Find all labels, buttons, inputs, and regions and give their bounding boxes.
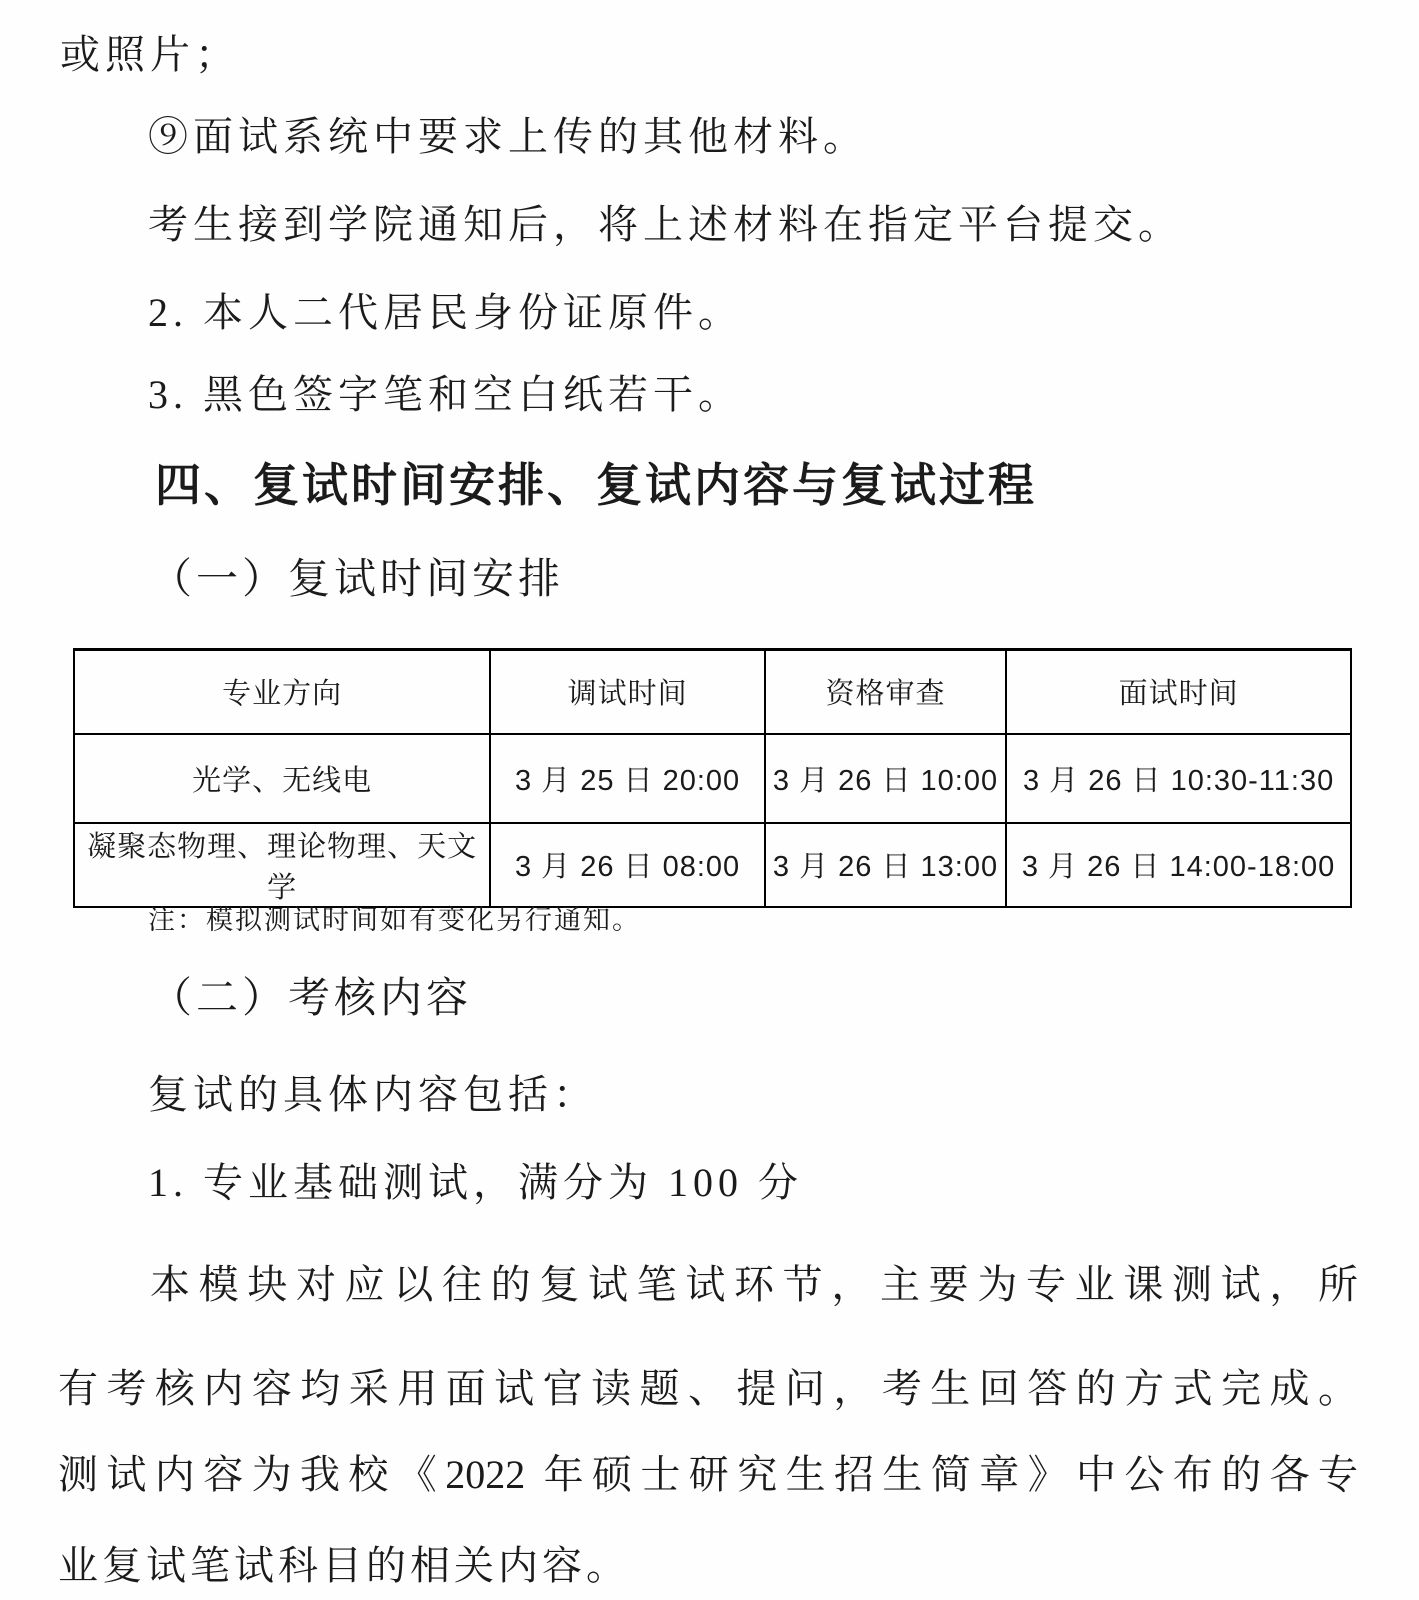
- subsection-1-heading: （一）复试时间安排: [150, 556, 564, 604]
- header-cell-major: 专业方向: [74, 650, 490, 734]
- table-header-row: 专业方向 调试时间 资格审查 面试时间: [74, 650, 1351, 734]
- table-cell-check: 3 月 26 日 10:00: [765, 734, 1006, 823]
- section-4-heading: 四、复试时间安排、复试内容与复试过程: [155, 460, 1037, 513]
- list-item-1-test: 1. 专业基础测试，满分为 100 分: [148, 1160, 803, 1206]
- subsection-2-heading: （二）考核内容: [150, 975, 472, 1023]
- schedule-table: 专业方向 调试时间 资格审查 面试时间 光学、无线电 3 月 25 日 20:0…: [73, 648, 1352, 908]
- table-note: 注：模拟测试时间如有变化另行通知。: [148, 905, 641, 936]
- table-cell-interview: 3 月 26 日 10:30-11:30: [1006, 734, 1351, 823]
- list-item-3: 3. 黑色签字笔和空白纸若干。: [148, 372, 743, 418]
- text-fragment-top: 或照片；: [60, 32, 240, 78]
- table-cell-debug: 3 月 25 日 20:00: [490, 734, 765, 823]
- list-item-2: 2. 本人二代居民身份证原件。: [148, 290, 743, 336]
- table-cell-check: 3 月 26 日 13:00: [765, 823, 1006, 907]
- header-cell-debug: 调试时间: [490, 650, 765, 734]
- table-row: 凝聚态物理、理论物理、天文学 3 月 26 日 08:00 3 月 26 日 1…: [74, 823, 1351, 907]
- paragraph-line: 本模块对应以往的复试笔试环节，主要为专业课测试，所: [150, 1262, 1358, 1314]
- table-cell-debug: 3 月 26 日 08:00: [490, 823, 765, 907]
- table-cell-major: 凝聚态物理、理论物理、天文学: [74, 823, 490, 907]
- table-row: 光学、无线电 3 月 25 日 20:00 3 月 26 日 10:00 3 月…: [74, 734, 1351, 823]
- paragraph-line: 业复试笔试科目的相关内容。: [58, 1543, 630, 1589]
- header-cell-check: 资格审查: [765, 650, 1006, 734]
- table-cell-major: 光学、无线电: [74, 734, 490, 823]
- submit-instruction: 考生接到学院通知后，将上述材料在指定平台提交。: [148, 202, 1183, 248]
- list-item-9: ⑨面试系统中要求上传的其他材料。: [148, 114, 868, 160]
- paragraph-line: 测试内容为我校《2022 年硕士研究生招生简章》中公布的各专: [58, 1452, 1358, 1504]
- table-cell-interview: 3 月 26 日 14:00-18:00: [1006, 823, 1351, 907]
- header-cell-interview: 面试时间: [1006, 650, 1351, 734]
- document-page: 或照片； ⑨面试系统中要求上传的其他材料。 考生接到学院通知后，将上述材料在指定…: [0, 0, 1419, 1600]
- paragraph-line: 有考核内容均采用面试官读题、提问，考生回答的方式完成。: [58, 1366, 1358, 1418]
- content-intro: 复试的具体内容包括：: [148, 1072, 598, 1118]
